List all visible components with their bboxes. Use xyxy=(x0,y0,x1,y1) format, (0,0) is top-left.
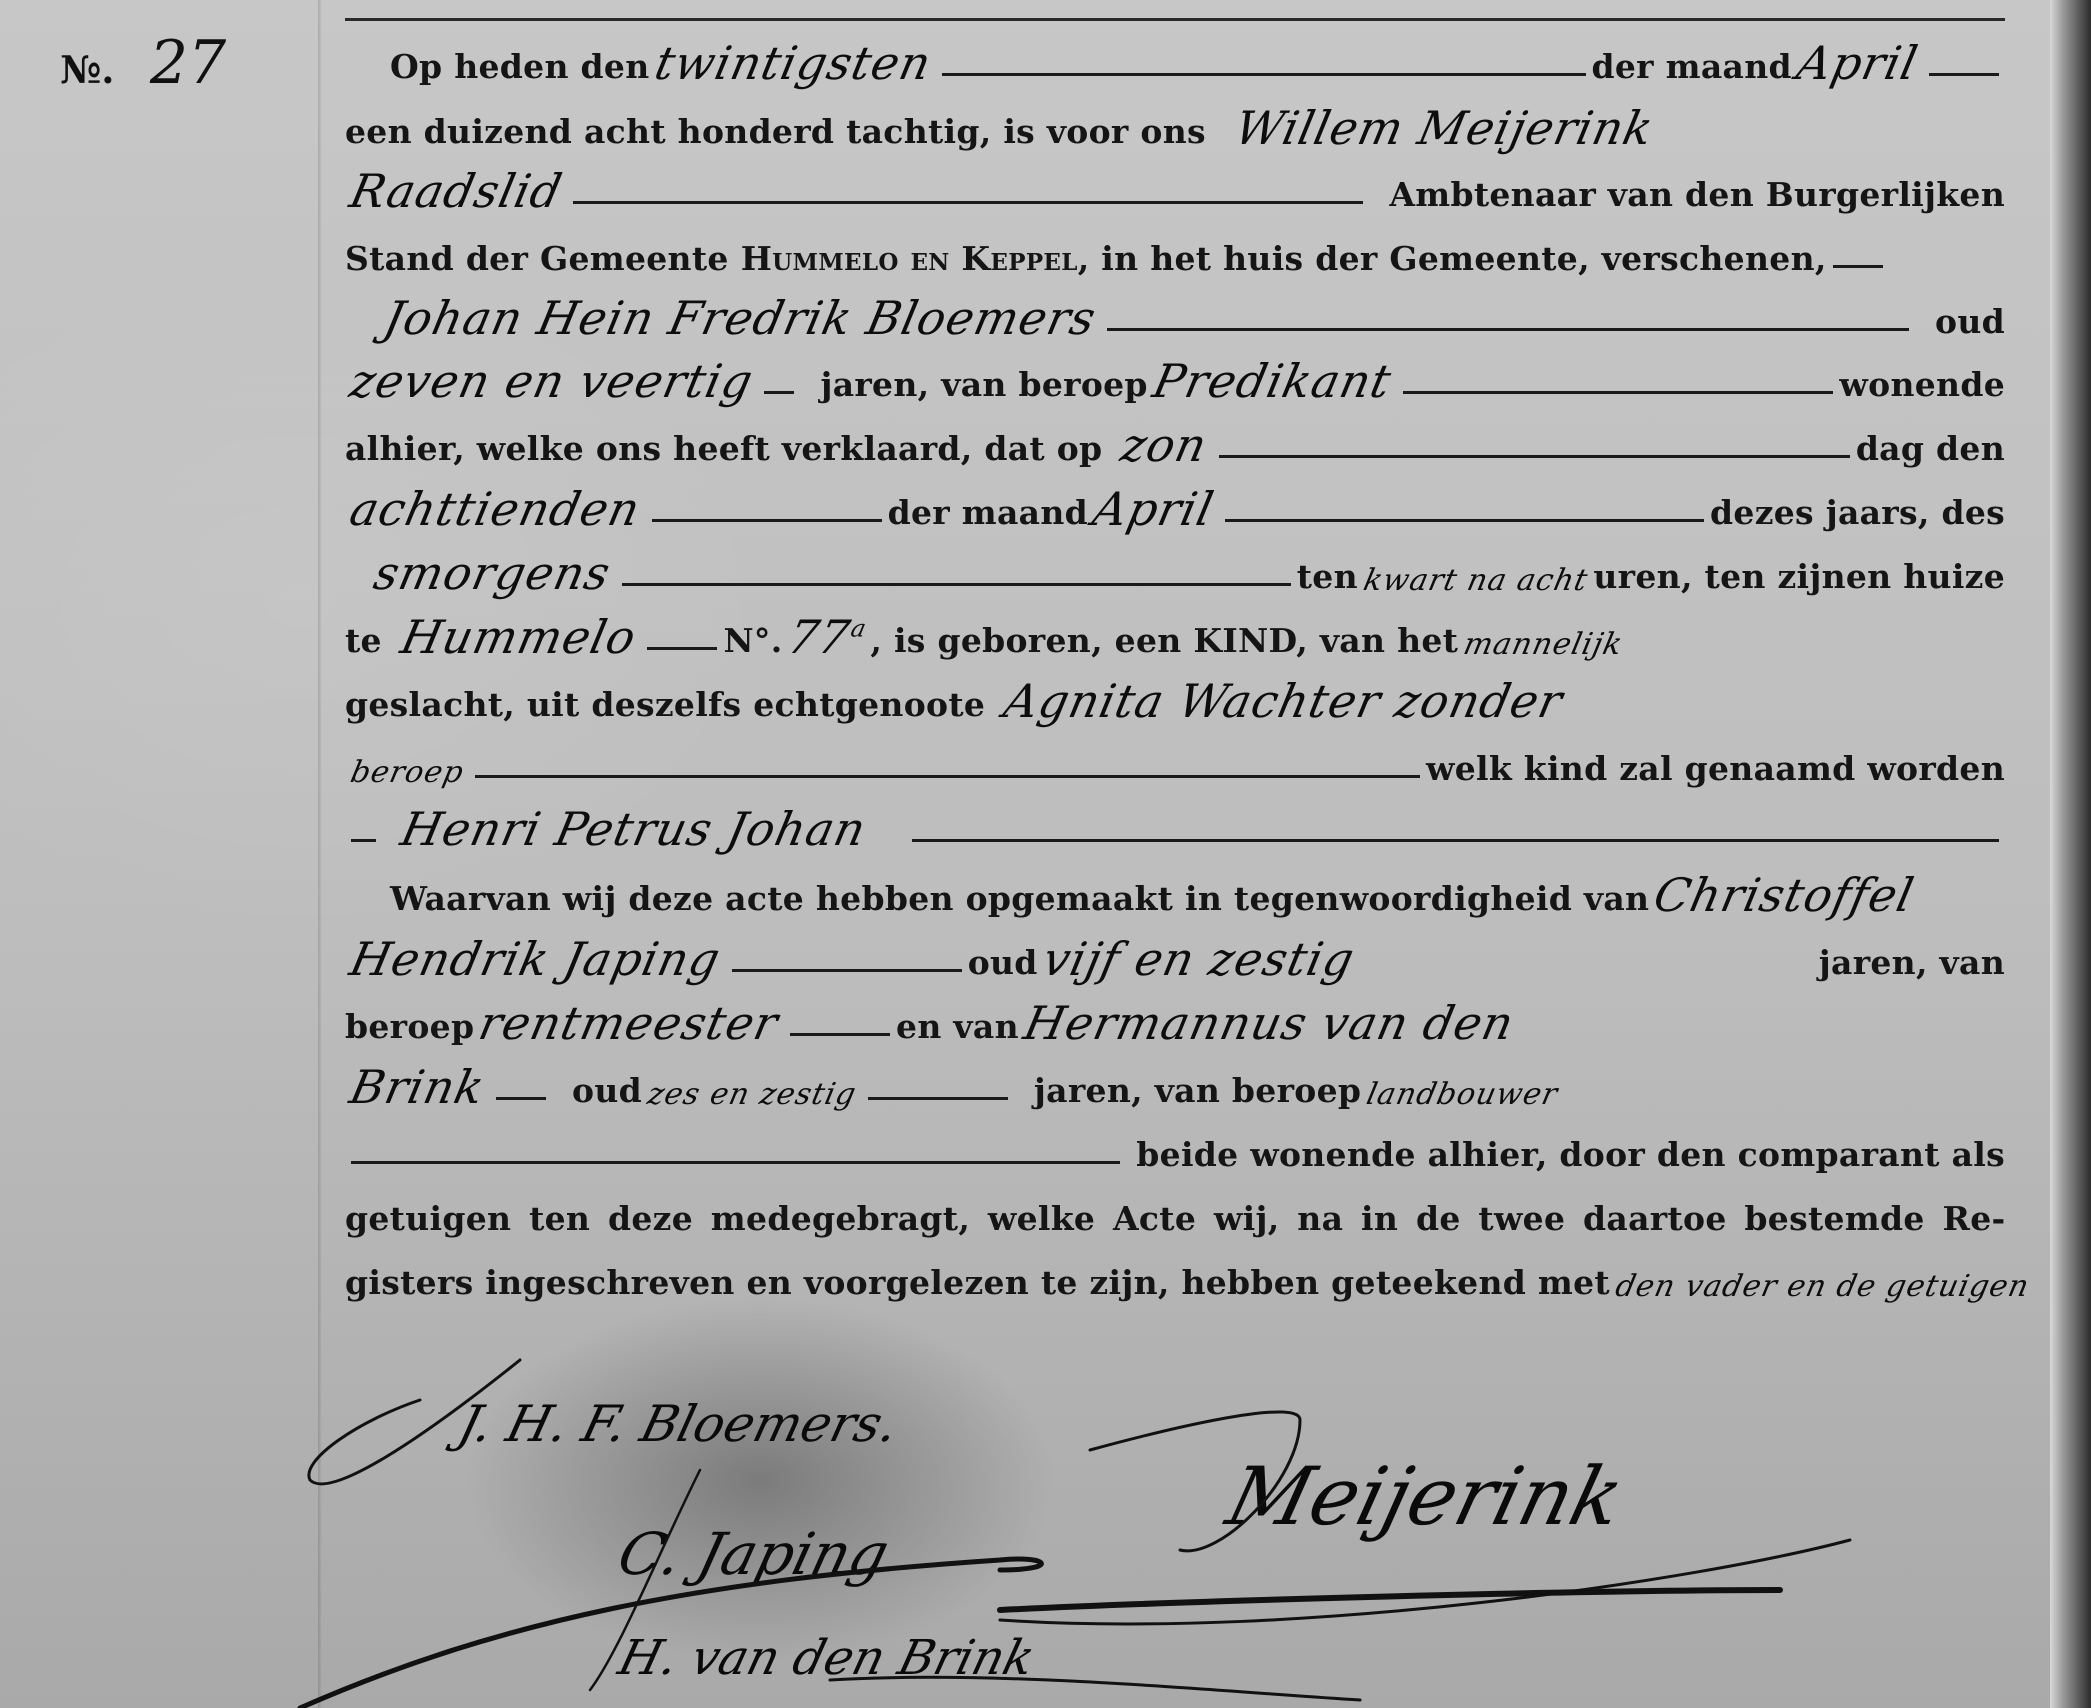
signature-flourishes xyxy=(0,0,2091,1708)
